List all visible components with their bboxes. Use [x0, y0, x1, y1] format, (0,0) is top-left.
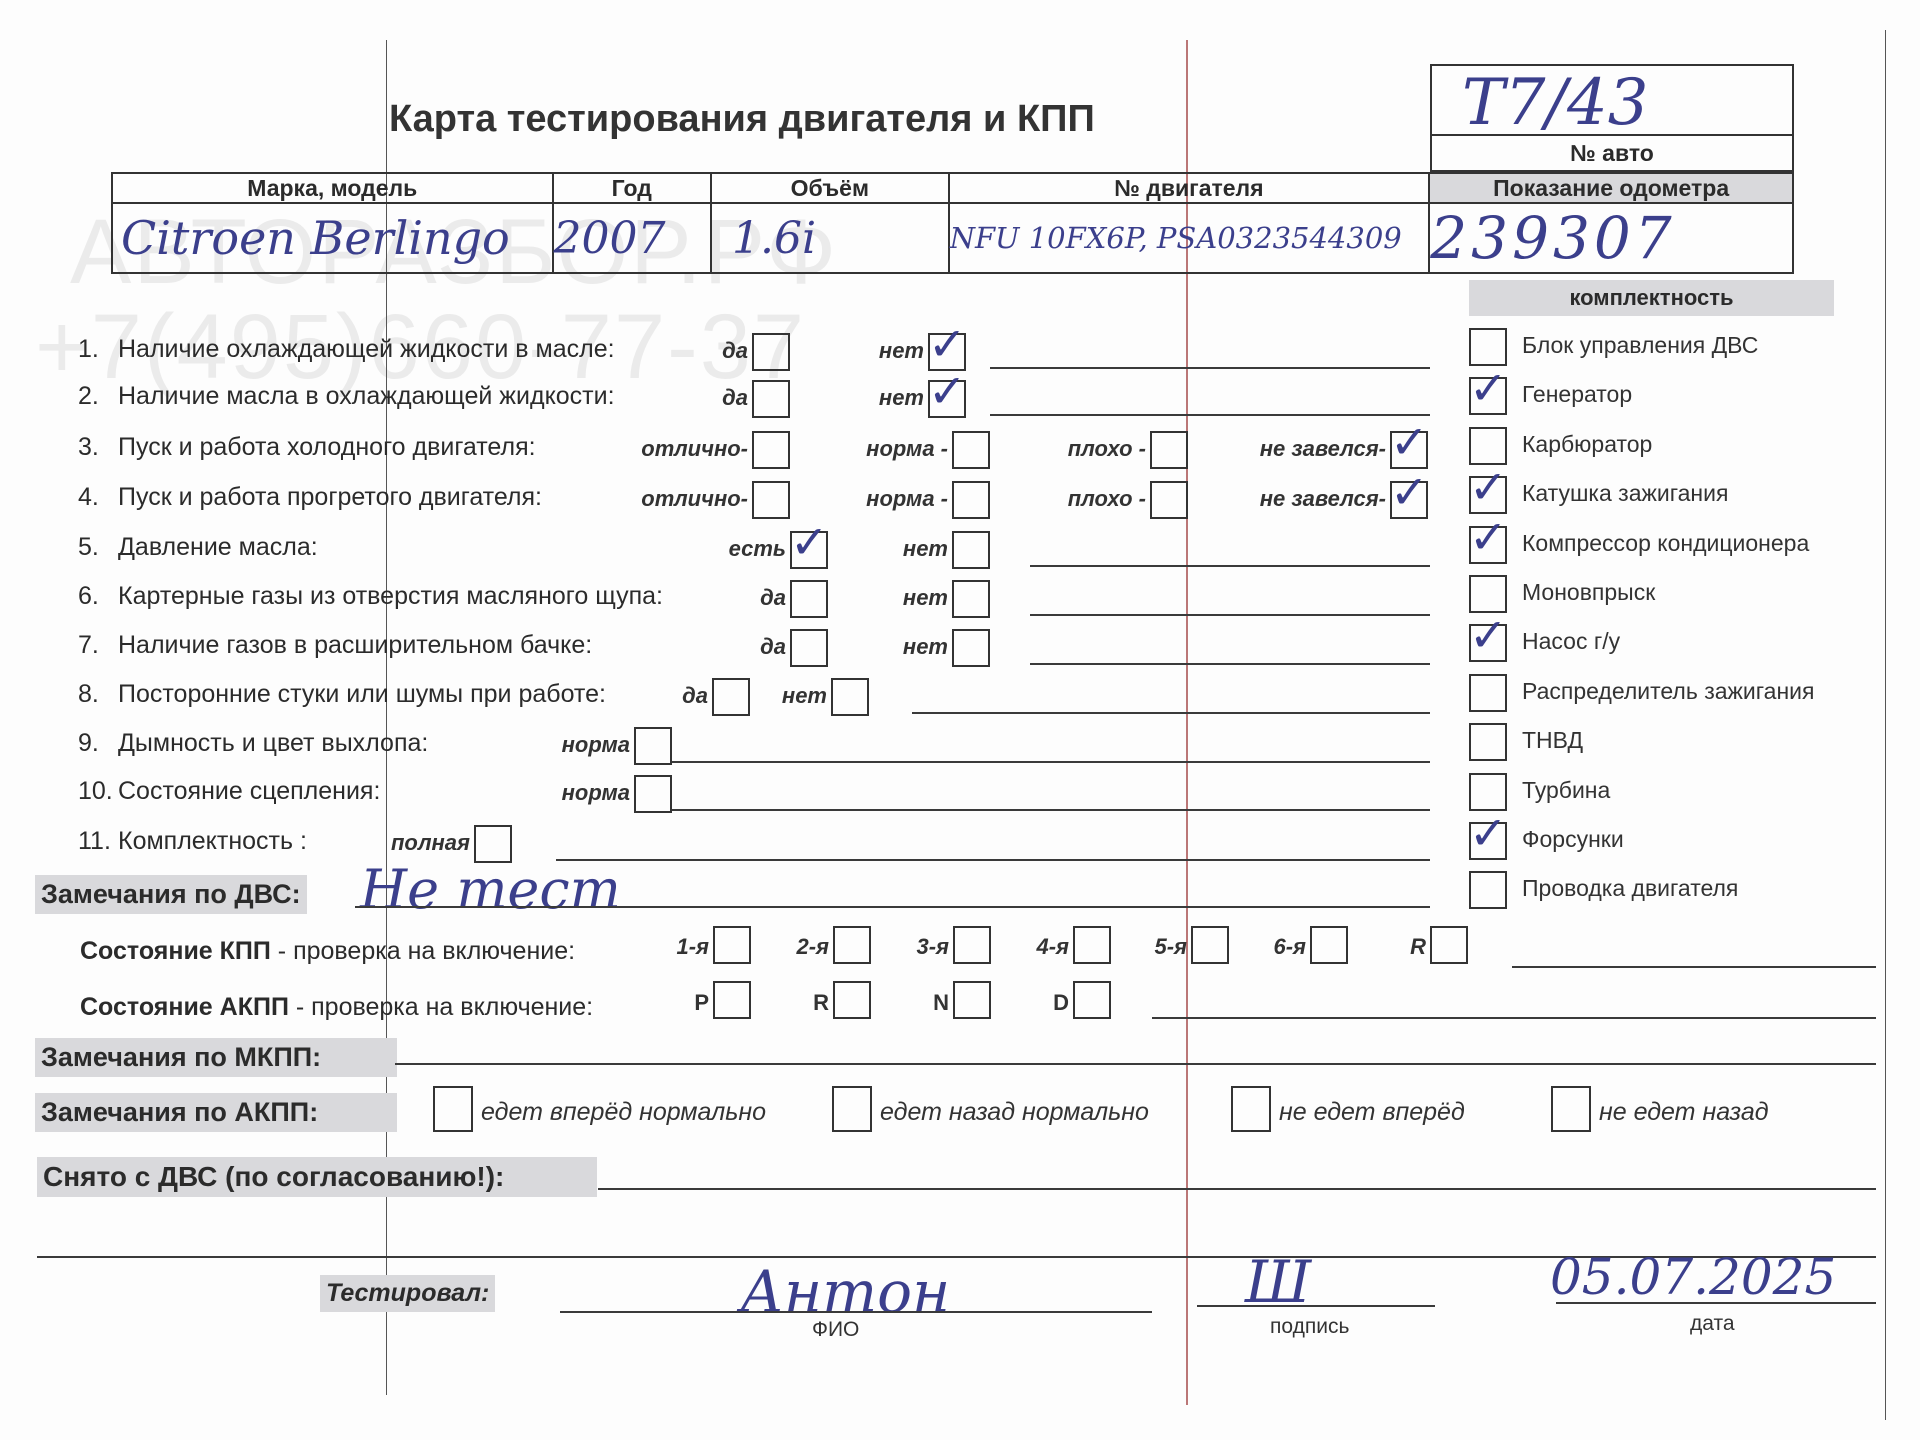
- question-number: 1.: [78, 335, 118, 364]
- engine-remarks-value[interactable]: Не тест: [360, 858, 621, 921]
- car-number-label: № авто: [1432, 134, 1792, 170]
- completeness-label: Блок управления ДВС: [1522, 332, 1758, 359]
- answer-line[interactable]: [1030, 565, 1430, 567]
- option-label: да: [722, 385, 748, 411]
- option-label: плохо -: [1068, 436, 1146, 462]
- gear-checkbox[interactable]: [833, 981, 871, 1019]
- checkbox-5-1[interactable]: ✓: [790, 531, 828, 569]
- checkbox-3-1[interactable]: [752, 431, 790, 469]
- option-label: да: [760, 585, 786, 611]
- gear-checkbox[interactable]: [1073, 981, 1111, 1019]
- checkbox-2-2[interactable]: ✓: [928, 380, 966, 418]
- checkbox-8-1[interactable]: [712, 678, 750, 716]
- option-label: нет: [903, 536, 948, 562]
- checkbox-4-3[interactable]: [1150, 481, 1188, 519]
- question-label: Наличие газов в расширительном бачке:: [118, 631, 592, 659]
- option-label: норма -: [866, 436, 948, 462]
- answer-line[interactable]: [672, 761, 1430, 763]
- checkbox-5-2[interactable]: [952, 531, 990, 569]
- checklist-question: 5.Давление масла:: [78, 533, 318, 562]
- manual-gearbox-title: Состояние КПП: [80, 937, 271, 965]
- auto-gearbox-line: [1152, 1017, 1876, 1019]
- gear-checkbox[interactable]: [1191, 926, 1229, 964]
- checkbox-3-4[interactable]: ✓: [1390, 431, 1428, 469]
- page-border-right: [1885, 30, 1886, 1420]
- check-mark-icon: ✓: [1390, 469, 1429, 515]
- option-label: норма -: [866, 486, 948, 512]
- check-mark-icon: ✓: [1469, 365, 1508, 411]
- question-number: 2.: [78, 382, 118, 411]
- completeness-label: Проводка двигателя: [1522, 875, 1738, 902]
- option-label: есть: [729, 536, 786, 562]
- tested-by-label: Тестировал:: [320, 1275, 495, 1312]
- make-model-value: Citroen Berlingo: [113, 211, 510, 265]
- checklist-question: 9.Дымность и цвет выхлопа:: [78, 729, 428, 758]
- check-mark-icon: ✓: [1469, 612, 1508, 658]
- checkbox-10-1[interactable]: [634, 775, 672, 813]
- car-number-box: T7/43 № авто: [1430, 64, 1794, 172]
- completeness-label: Моновпрыск: [1522, 579, 1655, 606]
- completeness-checkbox[interactable]: ✓: [1469, 476, 1507, 514]
- auto-remark-label: не едет назад: [1599, 1098, 1769, 1127]
- checkbox-4-4[interactable]: ✓: [1390, 481, 1428, 519]
- option-label: да: [682, 683, 708, 709]
- manual-remarks-line[interactable]: [395, 1063, 1876, 1065]
- option-label: полная: [391, 830, 470, 856]
- checklist-question: 2.Наличие масла в охлаждающей жидкости:: [78, 382, 615, 411]
- option-label: отлично-: [641, 486, 748, 512]
- gear-label: P: [694, 990, 709, 1016]
- col-odometer: Показание одометра: [1429, 173, 1793, 203]
- question-number: 7.: [78, 631, 118, 660]
- completeness-label: Насос г/у: [1522, 628, 1620, 655]
- completeness-label: ТНВД: [1522, 727, 1583, 754]
- question-number: 9.: [78, 729, 118, 758]
- auto-remark-checkbox[interactable]: [1551, 1086, 1591, 1132]
- answer-line[interactable]: [912, 712, 1430, 714]
- checklist-question: 4.Пуск и работа прогретого двигателя:: [78, 483, 542, 512]
- answer-line[interactable]: [556, 859, 1430, 861]
- gear-label: D: [1053, 990, 1069, 1016]
- col-volume: Объём: [711, 173, 949, 203]
- completeness-label: Турбина: [1522, 777, 1610, 804]
- vehicle-info-table: Марка, модель Год Объём № двигателя Пока…: [111, 172, 1794, 274]
- check-mark-icon: ✓: [928, 368, 967, 414]
- test-date: 05.07.2025: [1550, 1248, 1836, 1306]
- auto-gearbox-title: Состояние АКПП: [80, 993, 289, 1021]
- option-label: нет: [879, 338, 924, 364]
- date-caption: дата: [1690, 1312, 1735, 1336]
- completeness-checkbox[interactable]: [1469, 674, 1507, 712]
- removed-label: Снято с ДВС (по согласованию!):: [37, 1157, 597, 1197]
- option-label: 6-я: [1273, 934, 1306, 960]
- checkbox-3-3[interactable]: [1150, 431, 1188, 469]
- question-number: 6.: [78, 582, 118, 611]
- option-label: норма: [562, 780, 630, 806]
- auto-gearbox-subtitle: - проверка на включение:: [289, 993, 593, 1021]
- completeness-checkbox[interactable]: ✓: [1469, 377, 1507, 415]
- question-label: Дымность и цвет выхлопа:: [118, 729, 428, 757]
- auto-gearbox-label: Состояние АКПП - проверка на включение:: [80, 993, 593, 1022]
- gear-checkbox[interactable]: [1310, 926, 1348, 964]
- checklist-question: 3.Пуск и работа холодного двигателя:: [78, 433, 536, 462]
- completeness-label: Компрессор кондиционера: [1522, 530, 1809, 557]
- completeness-checkbox[interactable]: [1469, 871, 1507, 909]
- question-label: Комплектность :: [118, 827, 307, 855]
- volume-value: 1.6i: [712, 213, 816, 264]
- auto-remark-label: не едет вперёд: [1279, 1098, 1465, 1127]
- checkbox-8-2[interactable]: [831, 678, 869, 716]
- check-mark-icon: ✓: [1469, 464, 1508, 510]
- gear-label: R: [813, 990, 829, 1016]
- option-label: отлично-: [641, 436, 748, 462]
- signature-caption: подпись: [1270, 1315, 1349, 1339]
- check-mark-icon: ✓: [790, 519, 829, 565]
- gear-label: N: [933, 990, 949, 1016]
- auto-remark-label: едет назад нормально: [880, 1098, 1149, 1127]
- gear-checkbox[interactable]: [1073, 926, 1111, 964]
- completeness-label: Генератор: [1522, 381, 1632, 408]
- question-number: 10.: [78, 777, 118, 806]
- completeness-checkbox[interactable]: [1469, 723, 1507, 761]
- question-label: Состояние сцепления:: [118, 777, 380, 805]
- signature-line: [1197, 1305, 1435, 1307]
- car-number-value: T7/43: [1462, 66, 1648, 140]
- completeness-checkbox[interactable]: [1469, 575, 1507, 613]
- option-label: не завелся-: [1260, 486, 1386, 512]
- question-label: Посторонние стуки или шумы при работе:: [118, 680, 606, 708]
- checkbox-6-2[interactable]: [952, 580, 990, 618]
- question-label: Наличие охлаждающей жидкости в масле:: [118, 335, 615, 363]
- checkbox-7-2[interactable]: [952, 629, 990, 667]
- option-label: нет: [879, 385, 924, 411]
- odometer-value: 239307: [1430, 204, 1675, 272]
- answer-line[interactable]: [1030, 663, 1430, 665]
- option-label: не завелся-: [1260, 436, 1386, 462]
- answer-line[interactable]: [990, 367, 1430, 369]
- auto-remark-label: едет вперёд нормально: [481, 1098, 766, 1127]
- gear-checkbox[interactable]: [1430, 926, 1468, 964]
- completeness-label: Форсунки: [1522, 826, 1624, 853]
- option-label: нет: [782, 683, 827, 709]
- tester-name: Антон: [740, 1258, 950, 1326]
- option-label: 5-я: [1154, 934, 1187, 960]
- question-label: Пуск и работа холодного двигателя:: [118, 433, 536, 461]
- checklist-question: 10.Состояние сцепления:: [78, 777, 380, 806]
- engine-remarks-label: Замечания по ДВС:: [35, 875, 307, 914]
- question-label: Пуск и работа прогретого двигателя:: [118, 483, 542, 511]
- option-label: 1-я: [676, 934, 709, 960]
- completeness-label: Карбюратор: [1522, 431, 1652, 458]
- option-label: 2-я: [796, 934, 829, 960]
- checklist-question: 6.Картерные газы из отверстия масляного …: [78, 582, 663, 611]
- gear-checkbox[interactable]: [713, 981, 751, 1019]
- checkbox-2-1[interactable]: [752, 380, 790, 418]
- answer-line[interactable]: [672, 809, 1430, 811]
- removed-line[interactable]: [598, 1188, 1876, 1190]
- completeness-checkbox[interactable]: [1469, 427, 1507, 465]
- col-engine-number: № двигателя: [949, 173, 1430, 203]
- col-make-model: Марка, модель: [112, 173, 553, 203]
- completeness-checkbox[interactable]: [1469, 328, 1507, 366]
- check-mark-icon: ✓: [1469, 810, 1508, 856]
- name-line: [560, 1311, 1152, 1313]
- completeness-title: комплектность: [1469, 280, 1834, 316]
- answer-line[interactable]: [990, 414, 1430, 416]
- question-label: Наличие масла в охлаждающей жидкости:: [118, 382, 615, 410]
- option-label: нет: [903, 585, 948, 611]
- checklist-question: 11.Комплектность :: [78, 827, 307, 856]
- option-label: плохо -: [1068, 486, 1146, 512]
- gear-checkbox[interactable]: [953, 981, 991, 1019]
- completeness-checkbox[interactable]: [1469, 773, 1507, 811]
- check-mark-icon: ✓: [1390, 419, 1429, 465]
- auto-remark-checkbox[interactable]: [1231, 1086, 1271, 1132]
- check-mark-icon: ✓: [928, 321, 967, 367]
- option-label: да: [760, 634, 786, 660]
- checklist-question: 7.Наличие газов в расширительном бачке:: [78, 631, 592, 660]
- option-label: да: [722, 338, 748, 364]
- checkbox-4-2[interactable]: [952, 481, 990, 519]
- auto-remarks-label: Замечания по АКПП:: [35, 1093, 397, 1132]
- auto-remark-checkbox[interactable]: [832, 1086, 872, 1132]
- manual-gearbox-label: Состояние КПП - проверка на включение:: [80, 937, 575, 966]
- question-number: 8.: [78, 680, 118, 709]
- completeness-checkbox[interactable]: ✓: [1469, 526, 1507, 564]
- checkbox-1-1[interactable]: [752, 333, 790, 371]
- checkbox-7-1[interactable]: [790, 629, 828, 667]
- option-label: R: [1410, 934, 1426, 960]
- gear-checkbox[interactable]: [713, 926, 751, 964]
- option-label: 4-я: [1036, 934, 1069, 960]
- manual-gearbox-subtitle: - проверка на включение:: [271, 937, 575, 965]
- engine-number-value: NFU 10FX6P, PSA0323544309: [950, 221, 1402, 255]
- completeness-label: Катушка зажигания: [1522, 480, 1728, 507]
- completeness-label: Распределитель зажигания: [1522, 678, 1814, 705]
- manual-gearbox-line: [1512, 966, 1876, 968]
- page-title: Карта тестирования двигателя и КПП: [389, 98, 1095, 141]
- gear-checkbox[interactable]: [953, 926, 991, 964]
- col-year: Год: [553, 173, 712, 203]
- question-label: Давление масла:: [118, 533, 318, 561]
- checklist-question: 1.Наличие охлаждающей жидкости в масле:: [78, 335, 615, 364]
- check-mark-icon: ✓: [1469, 514, 1508, 560]
- manual-remarks-label: Замечания по МКПП:: [35, 1038, 397, 1077]
- option-label: норма: [562, 732, 630, 758]
- option-label: 3-я: [916, 934, 949, 960]
- checklist-question: 8.Посторонние стуки или шумы при работе:: [78, 680, 606, 709]
- year-value: 2007: [554, 213, 666, 264]
- checkbox-6-1[interactable]: [790, 580, 828, 618]
- option-label: нет: [903, 634, 948, 660]
- completeness-checkbox[interactable]: ✓: [1469, 822, 1507, 860]
- completeness-checkbox[interactable]: ✓: [1469, 624, 1507, 662]
- name-caption: ФИО: [812, 1318, 859, 1342]
- question-number: 11.: [78, 827, 118, 856]
- checkbox-9-1[interactable]: [634, 727, 672, 765]
- gear-checkbox[interactable]: [833, 926, 871, 964]
- checkbox-4-1[interactable]: [752, 481, 790, 519]
- question-number: 3.: [78, 433, 118, 462]
- question-number: 5.: [78, 533, 118, 562]
- auto-remark-checkbox[interactable]: [433, 1086, 473, 1132]
- engine-remarks-line: [355, 906, 1430, 908]
- answer-line[interactable]: [1030, 614, 1430, 616]
- date-line: [1556, 1302, 1876, 1304]
- checkbox-3-2[interactable]: [952, 431, 990, 469]
- question-number: 4.: [78, 483, 118, 512]
- question-label: Картерные газы из отверстия масляного щу…: [118, 582, 663, 610]
